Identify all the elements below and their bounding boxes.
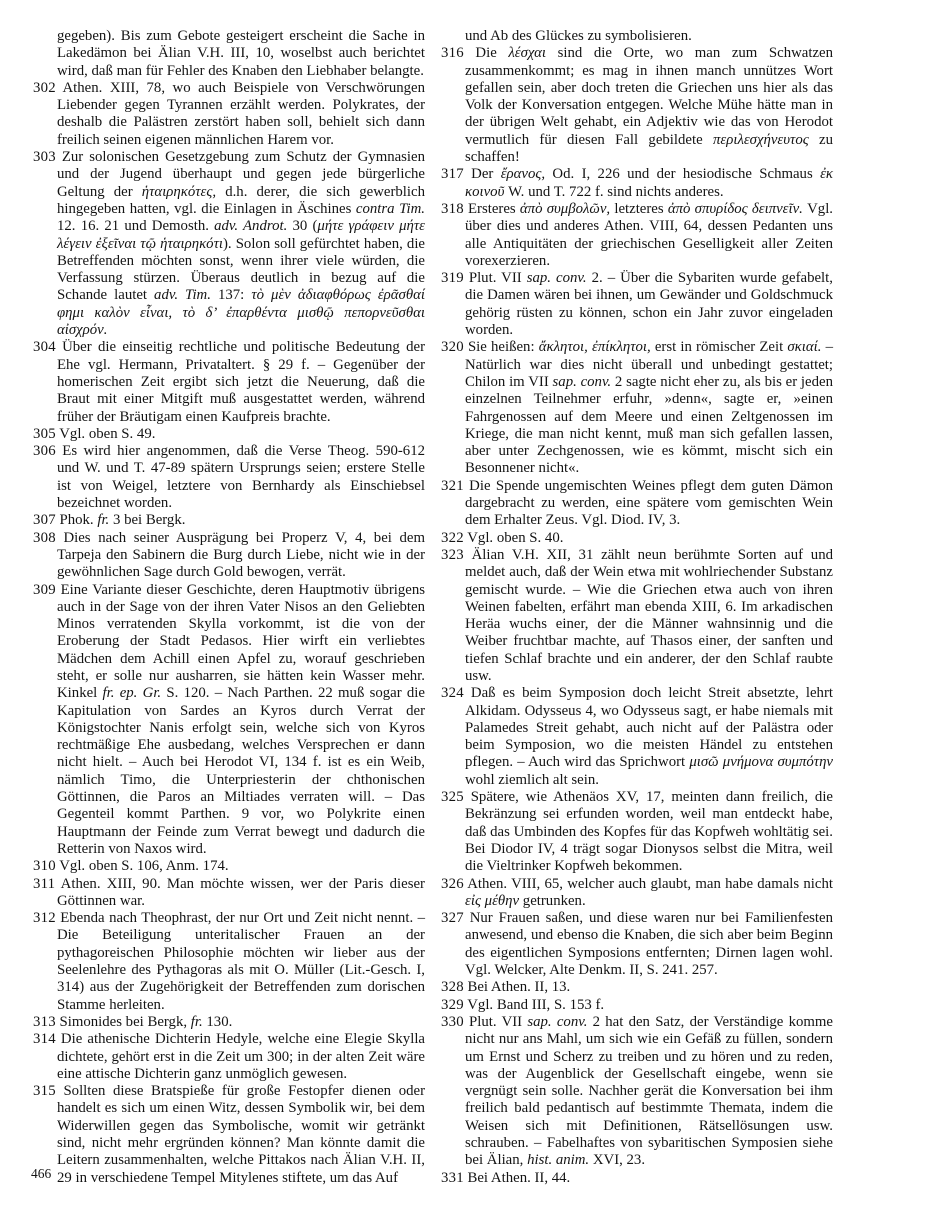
footnote-318: 318 Ersteres ἀπὸ συμβολῶν, letzteres ἀπὸ…: [441, 201, 833, 270]
footnote-text-segment: Phok.: [60, 512, 98, 528]
endnotes-columns: gegeben). Bis zum Gebote gesteigert ersc…: [33, 28, 833, 1187]
footnote-number: 316: [441, 45, 464, 61]
footnote-text-segment: Vgl. Band III, S. 153 f.: [467, 997, 604, 1013]
footnote-italic-segment: adv. Tim.: [154, 287, 211, 303]
footnote-text-segment: Simonides bei Bergk,: [60, 1014, 191, 1030]
footnote-number: 330: [441, 1014, 464, 1030]
footnote-323: 323 Älian V.H. XII, 31 zählt neun berühm…: [441, 547, 833, 685]
footnote-324: 324 Daß es beim Symposion doch leicht St…: [441, 685, 833, 789]
footnote-text-segment: Plut. VII: [469, 270, 527, 286]
footnote-text-segment: Ersteres: [468, 201, 520, 217]
footnote-number: 320: [441, 339, 464, 355]
footnote-number: 331: [441, 1170, 464, 1186]
book-page: gegeben). Bis zum Gebote gesteigert ersc…: [0, 0, 935, 1210]
footnote-number: 321: [441, 478, 464, 494]
footnote-text-segment: Die Spende ungemischten Weines pflegt de…: [465, 478, 833, 529]
footnote-text-segment: erst in römischer Zeit: [651, 339, 788, 355]
footnote-text-segment: W. und T. 722 f. sind nichts anderes.: [504, 184, 723, 200]
footnote-text-segment: 130.: [203, 1014, 233, 1030]
footnote-327: 327 Nur Frauen saßen, und diese waren nu…: [441, 910, 833, 979]
footnote-303: 303 Zur solonischen Gesetzgebung zum Sch…: [33, 149, 425, 339]
footnote-text-segment: Die: [475, 45, 508, 61]
footnote-number: 329: [441, 997, 464, 1013]
footnote-306: 306 Es wird hier angenommen, daß die Ver…: [33, 443, 425, 512]
footnote-number: 328: [441, 979, 464, 995]
footnote-text-segment: Bei Athen. II, 13.: [468, 979, 571, 995]
footnote-text-segment: Über die einseitig rechtliche und politi…: [57, 339, 425, 424]
footnote-number: 322: [441, 530, 464, 546]
footnote-text-segment: Od. I, 226 und der hesiodische Schmaus: [545, 166, 820, 182]
footnote-number: 309: [33, 582, 56, 598]
footnote-number: 310: [33, 858, 56, 874]
footnote-320: 320 Sie heißen: ἄκλητοι, ἐπίκλητοι, erst…: [441, 339, 833, 477]
footnote-307: 307 Phok. fr. 3 bei Bergk.: [33, 512, 425, 529]
footnote-310: 310 Vgl. oben S. 106, Anm. 174.: [33, 858, 425, 875]
footnote-number: 314: [33, 1031, 56, 1047]
footnote-text-segment: Ebenda nach Theophrast, der nur Ort und …: [57, 910, 425, 1012]
footnote-text-segment: letzteres: [610, 201, 668, 217]
footnote-text-segment: 137:: [211, 287, 251, 303]
footnote-text-segment: Spätere, wie Athenäos XV, 17, meinten da…: [465, 789, 833, 874]
footnote-number: 307: [33, 512, 56, 528]
footnote-text-segment: Sie heißen:: [468, 339, 539, 355]
footnote-number: 308: [33, 530, 56, 546]
footnote-311: 311 Athen. XIII, 90. Man möchte wissen, …: [33, 876, 425, 911]
footnote-italic-segment: sap. conv.: [527, 270, 587, 286]
footnote-number: 324: [441, 685, 464, 701]
footnote-italic-segment: μισῶ μνήμονα συμπότην: [689, 754, 833, 770]
footnote-italic-segment: sap. conv.: [527, 1014, 587, 1030]
footnote-304: 304 Über die einseitig rechtliche und po…: [33, 339, 425, 425]
left-column: gegeben). Bis zum Gebote gesteigert ersc…: [33, 28, 425, 1187]
footnote-326: 326 Athen. VIII, 65, welcher auch glaubt…: [441, 876, 833, 911]
footnote-italic-segment: ἡταιρηκότες,: [142, 184, 216, 200]
footnote-text-segment: Sollten diese Bratspieße für große Festo…: [57, 1083, 425, 1185]
footnote-330: 330 Plut. VII sap. conv. 2 hat den Satz,…: [441, 1014, 833, 1170]
footnote-continuation: und Ab des Glückes zu symbolisieren.: [441, 28, 833, 45]
footnote-text-segment: Nur Frauen saßen, und diese waren nur be…: [465, 910, 833, 978]
footnote-number: 318: [441, 201, 464, 217]
footnote-number: 306: [33, 443, 56, 459]
footnote-text-segment: und Ab des Glückes zu symbolisieren.: [465, 28, 692, 44]
footnote-305: 305 Vgl. oben S. 49.: [33, 426, 425, 443]
footnote-text-segment: Athen. VIII, 65, welcher auch glaubt, ma…: [467, 876, 833, 892]
right-column: und Ab des Glückes zu symbolisieren.316 …: [441, 28, 833, 1187]
footnote-314: 314 Die athenische Dichterin Hedyle, wel…: [33, 1031, 425, 1083]
footnote-italic-segment: ἀπὸ συμβολῶν,: [520, 201, 610, 217]
footnote-text-segment: Athen. XIII, 90. Man möchte wissen, wer …: [57, 876, 425, 909]
footnote-number: 323: [441, 547, 464, 563]
footnote-text-segment: XVI, 23.: [589, 1152, 645, 1168]
footnote-number: 325: [441, 789, 464, 805]
footnote-309: 309 Eine Variante dieser Geschichte, der…: [33, 582, 425, 859]
footnote-italic-segment: περιλεσχήνευτος: [713, 132, 809, 148]
footnote-325: 325 Spätere, wie Athenäos XV, 17, meinte…: [441, 789, 833, 875]
footnote-italic-segment: ἄκλητοι, ἐπίκλητοι,: [539, 339, 651, 355]
footnote-italic-segment: adv. Androt.: [214, 218, 287, 234]
footnote-number: 317: [441, 166, 464, 182]
footnote-number: 313: [33, 1014, 56, 1030]
footnote-number: 311: [33, 876, 55, 892]
footnote-continuation: gegeben). Bis zum Gebote gesteigert ersc…: [33, 28, 425, 80]
footnote-313: 313 Simonides bei Bergk, fr. 130.: [33, 1014, 425, 1031]
footnote-number: 305: [33, 426, 56, 442]
footnote-text-segment: 2 hat den Satz, der Verständige komme ni…: [465, 1014, 833, 1168]
footnote-italic-segment: fr.: [97, 512, 109, 528]
footnote-text-segment: Athen. XIII, 78, wo auch Beispiele von V…: [57, 80, 425, 148]
footnote-text-segment: getrunken.: [519, 893, 586, 909]
footnote-number: 312: [33, 910, 56, 926]
footnote-text-segment: Vgl. oben S. 106, Anm. 174.: [59, 858, 228, 874]
footnote-text-segment: Der: [471, 166, 501, 182]
footnote-text-segment: Dies nach seiner Ausprägung bei Properz …: [57, 530, 425, 581]
footnote-text-segment: 12. 16. 21 und Demosth.: [57, 218, 214, 234]
footnote-italic-segment: λέσχαι: [508, 45, 546, 61]
footnote-331: 331 Bei Athen. II, 44.: [441, 1170, 833, 1187]
page-number: 466: [31, 1166, 51, 1182]
footnote-315: 315 Sollten diese Bratspieße für große F…: [33, 1083, 425, 1187]
footnote-text-segment: Bei Athen. II, 44.: [468, 1170, 571, 1186]
footnote-302: 302 Athen. XIII, 78, wo auch Beispiele v…: [33, 80, 425, 149]
footnote-text-segment: 30 (: [287, 218, 317, 234]
footnote-text-segment: wohl ziemlich alt sein.: [465, 772, 599, 788]
footnote-316: 316 Die λέσχαι sind die Orte, wo man zum…: [441, 45, 833, 166]
footnote-number: 304: [33, 339, 56, 355]
footnote-italic-segment: contra Tim.: [356, 201, 425, 217]
footnote-text-segment: Plut. VII: [469, 1014, 527, 1030]
footnote-italic-segment: ἔρανος,: [501, 166, 545, 182]
footnote-text-segment: S. 120. – Nach Parthen. 22 muß sogar die…: [57, 685, 425, 857]
footnote-number: 315: [33, 1083, 56, 1099]
footnote-312: 312 Ebenda nach Theophrast, der nur Ort …: [33, 910, 425, 1014]
footnote-italic-segment: fr. ep. Gr.: [103, 685, 162, 701]
footnote-number: 319: [441, 270, 464, 286]
footnote-308: 308 Dies nach seiner Ausprägung bei Prop…: [33, 530, 425, 582]
footnote-italic-segment: ἀπὸ σπυρίδος δειπνεῖν.: [668, 201, 803, 217]
footnote-italic-segment: σκιαί.: [787, 339, 821, 355]
footnote-number: 326: [441, 876, 464, 892]
footnote-text-segment: Es wird hier angenommen, daß die Verse T…: [57, 443, 425, 511]
footnote-italic-segment: sap. conv.: [553, 374, 612, 390]
footnote-text-segment: 3 bei Bergk.: [109, 512, 185, 528]
footnote-319: 319 Plut. VII sap. conv. 2. – Über die S…: [441, 270, 833, 339]
footnote-italic-segment: hist. anim.: [527, 1152, 589, 1168]
footnote-italic-segment: εἰς μέθην: [465, 893, 519, 909]
footnote-text-segment: gegeben). Bis zum Gebote gesteigert ersc…: [57, 28, 425, 79]
footnote-italic-segment: fr.: [191, 1014, 203, 1030]
footnote-text-segment: Die athenische Dichterin Hedyle, welche …: [57, 1031, 425, 1082]
footnote-329: 329 Vgl. Band III, S. 153 f.: [441, 997, 833, 1014]
footnote-317: 317 Der ἔρανος, Od. I, 226 und der hesio…: [441, 166, 833, 201]
footnote-text-segment: Eine Variante dieser Geschichte, deren H…: [57, 582, 425, 702]
footnote-328: 328 Bei Athen. II, 13.: [441, 979, 833, 996]
footnote-text-segment: Vgl. oben S. 40.: [467, 530, 563, 546]
footnote-number: 327: [441, 910, 464, 926]
footnote-text-segment: Älian V.H. XII, 31 zählt neun berühmte S…: [465, 547, 833, 684]
footnote-number: 302: [33, 80, 56, 96]
footnote-322: 322 Vgl. oben S. 40.: [441, 530, 833, 547]
footnote-text-segment: Vgl. oben S. 49.: [59, 426, 155, 442]
footnote-321: 321 Die Spende ungemischten Weines pfleg…: [441, 478, 833, 530]
footnote-number: 303: [33, 149, 56, 165]
